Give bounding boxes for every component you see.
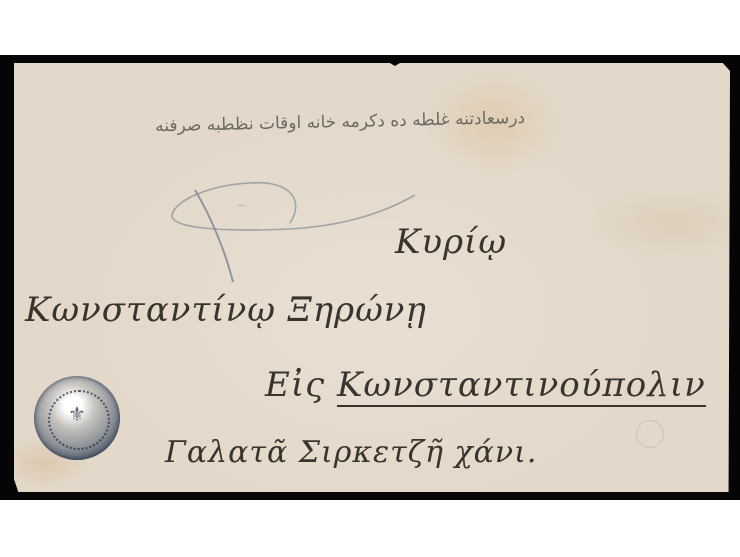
seal-icon: ⚜ (34, 376, 120, 460)
faint-postmark-trace (636, 420, 664, 448)
address-city: Κωνσταντινούπολιν (337, 365, 706, 407)
seal-emblem-icon: ⚜ (34, 402, 120, 426)
address-street-line: Γαλατᾶ Σιρκετζῆ χάνι. (165, 435, 537, 470)
address-recipient-name: Κωνσταντίνῳ Ξηρώνῃ (25, 290, 427, 330)
address-city-prefix: Εἰς (265, 365, 325, 405)
address-city-line: Εἰς Κωνσταντινούπολιν (265, 365, 706, 405)
address-salutation: Κυρίῳ (395, 222, 507, 262)
